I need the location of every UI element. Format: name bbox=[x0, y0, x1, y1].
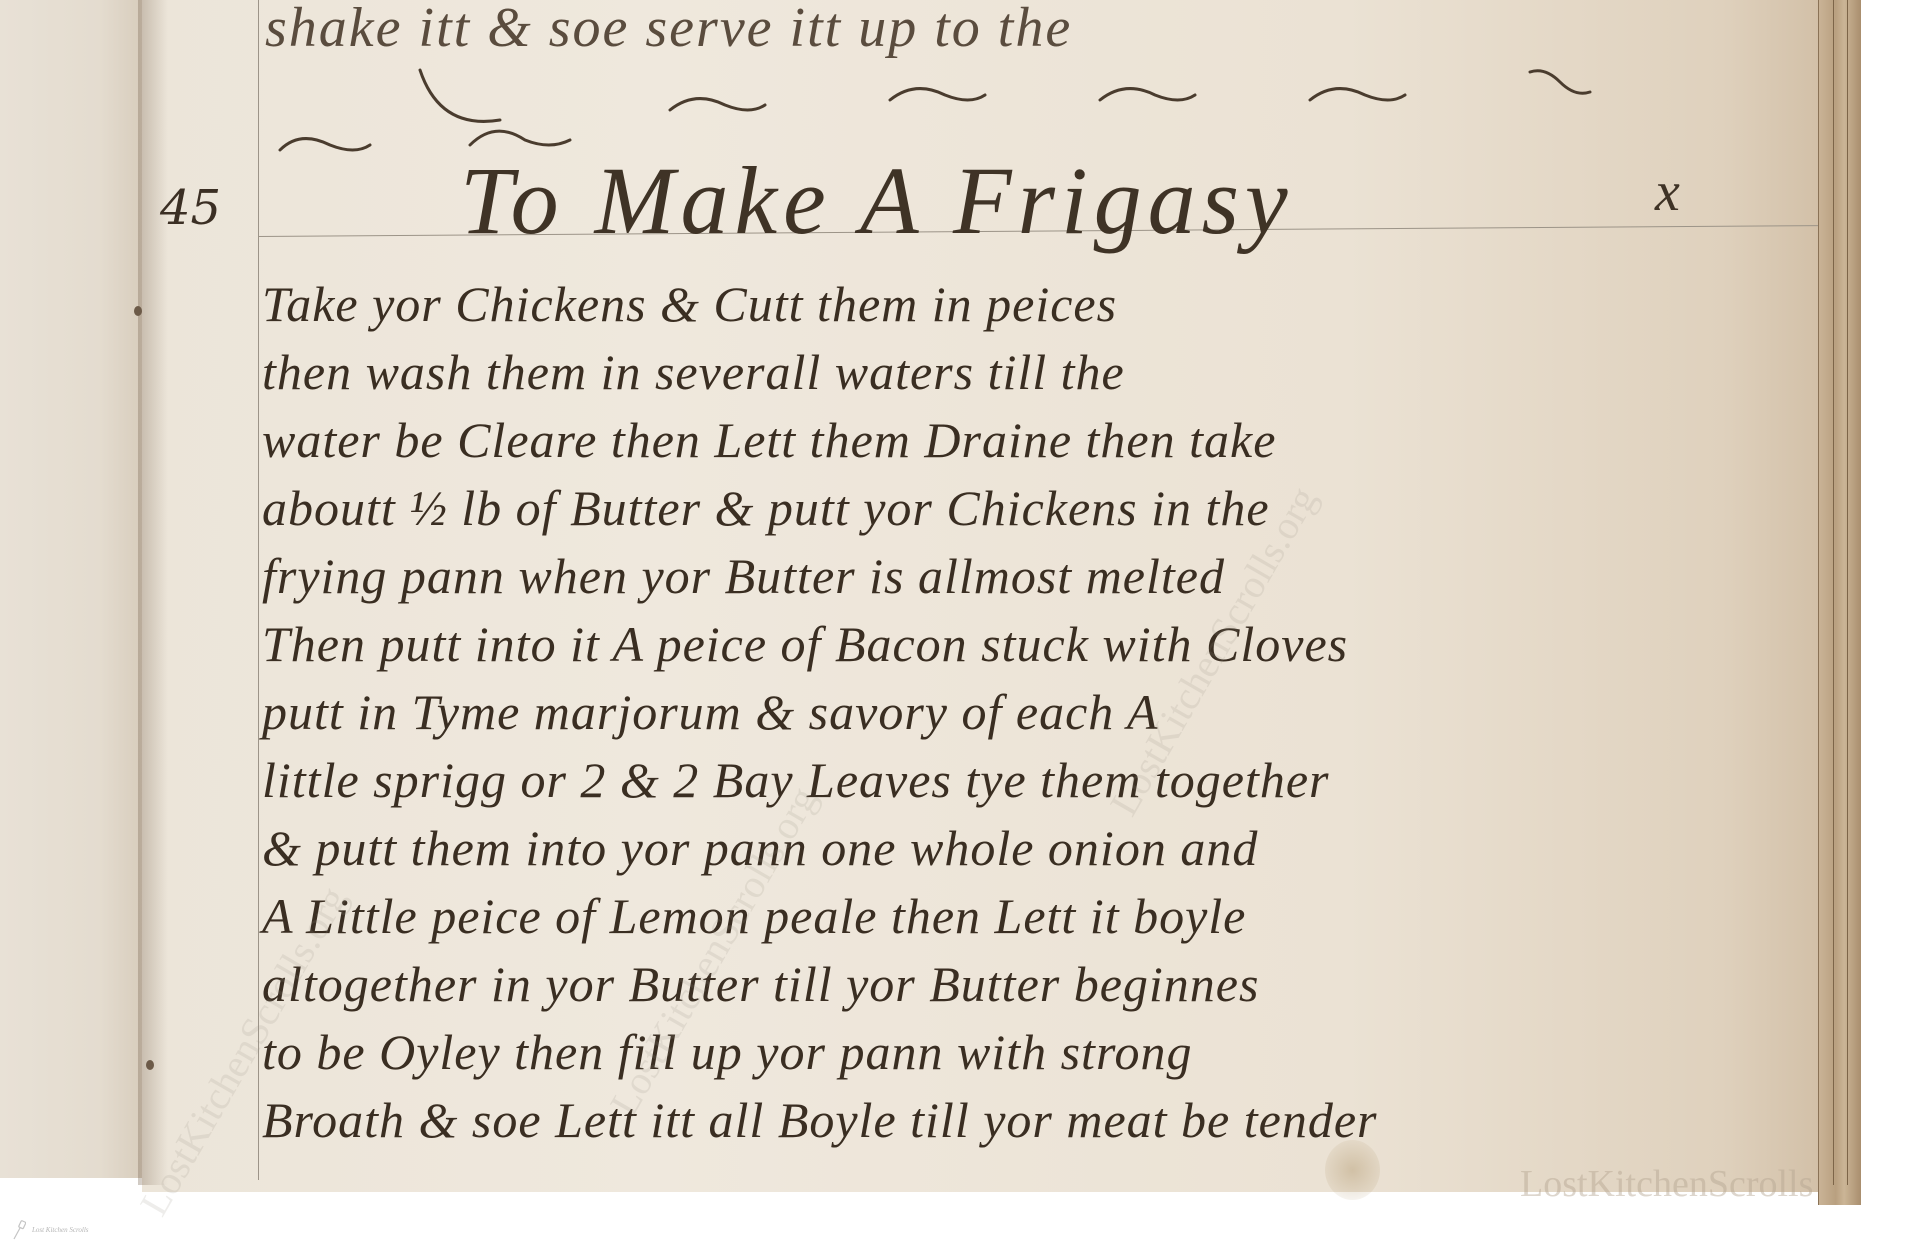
site-logo: Lost Kitchen Scrolls bbox=[12, 1220, 89, 1240]
recipe-title: To Make A Frigasy bbox=[460, 145, 1294, 256]
spatula-icon bbox=[12, 1220, 26, 1240]
recipe-line: Then putt into it A peice of Bacon stuck… bbox=[262, 610, 1822, 678]
book-gutter bbox=[138, 0, 168, 1185]
previous-recipe-ending: shake itt & soe serve itt up to the bbox=[265, 0, 1072, 60]
recipe-body: Take yor Chickens & Cutt them in peices … bbox=[262, 270, 1822, 1154]
recipe-line: putt in Tyme marjorum & savory of each A bbox=[262, 678, 1822, 746]
recipe-line: Take yor Chickens & Cutt them in peices bbox=[262, 270, 1822, 338]
recipe-line: Broath & soe Lett itt all Boyle till yor… bbox=[262, 1086, 1822, 1154]
recipe-line: altogether in yor Butter till yor Butter… bbox=[262, 950, 1822, 1018]
recipe-line: aboutt ½ lb of Butter & putt yor Chicken… bbox=[262, 474, 1822, 542]
recipe-line: frying pann when yor Butter is allmost m… bbox=[262, 542, 1822, 610]
paper-stain bbox=[1325, 1140, 1380, 1200]
recipe-line: water be Cleare then Lett them Draine th… bbox=[262, 406, 1822, 474]
binding-hole bbox=[134, 306, 142, 316]
left-page bbox=[0, 0, 142, 1178]
binding-hole bbox=[146, 1060, 154, 1070]
recipe-line: little sprigg or 2 & 2 Bay Leaves tye th… bbox=[262, 746, 1822, 814]
logo-text: Lost Kitchen Scrolls bbox=[32, 1226, 89, 1234]
recipe-line: & putt them into yor pann one whole onio… bbox=[262, 814, 1822, 882]
page-edges bbox=[1818, 0, 1861, 1205]
recipe-line: A Little peice of Lemon peale then Lett … bbox=[262, 882, 1822, 950]
recipe-line: to be Oyley then fill up yor pann with s… bbox=[262, 1018, 1822, 1086]
recipe-line: then wash them in severall waters till t… bbox=[262, 338, 1822, 406]
page-number: 45 bbox=[160, 180, 221, 236]
corner-watermark: LostKitchenScrolls bbox=[1520, 1162, 1813, 1206]
title-flourish-mark: x bbox=[1655, 160, 1680, 224]
